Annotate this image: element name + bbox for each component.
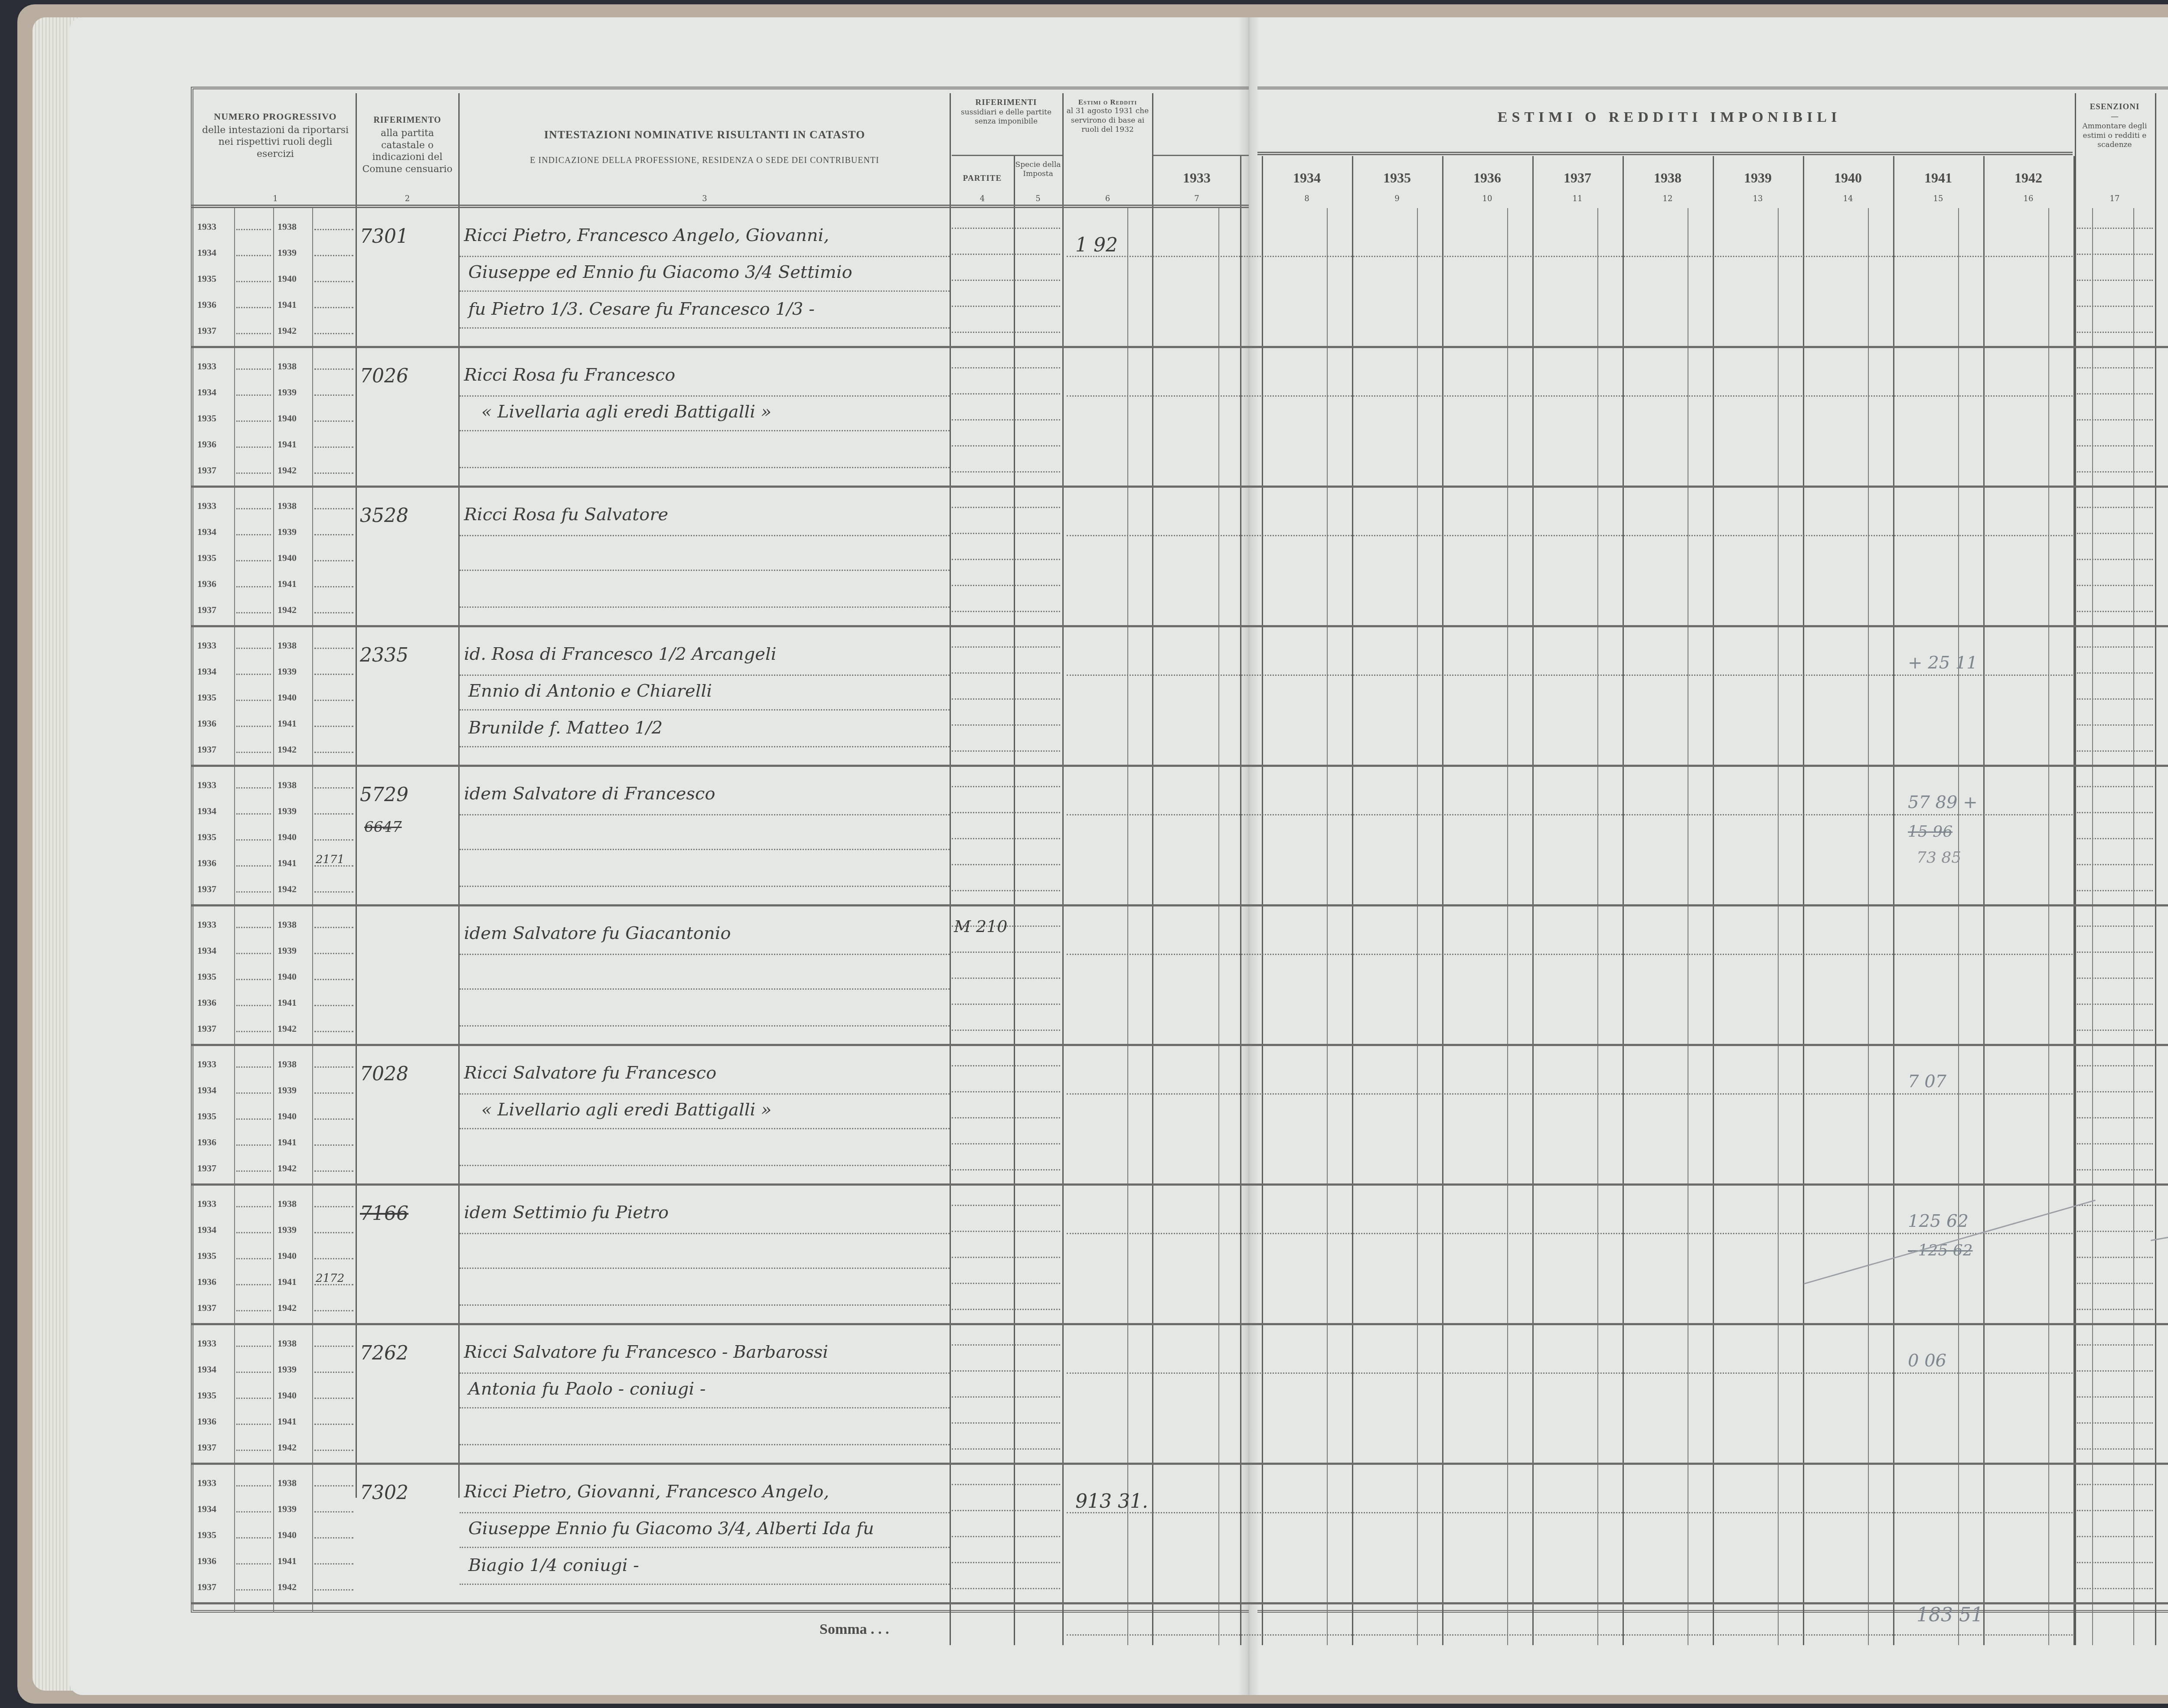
value-line — [952, 1257, 1060, 1258]
row-dotted-rule — [314, 1232, 353, 1233]
year-label: 1942 — [278, 1442, 297, 1453]
value-line — [952, 585, 1060, 586]
partite-sussidiarie: M 210 — [954, 917, 1008, 936]
header-col18-annotazioni: ANNOTAZIONI 18 — [2156, 93, 2168, 208]
year-label: 1937 — [197, 744, 216, 755]
year-label: 1936 — [197, 299, 216, 310]
col-divider — [1713, 156, 1714, 1645]
row-dotted-rule — [314, 368, 353, 370]
value-line — [2077, 367, 2153, 368]
value-line — [2077, 1004, 2153, 1005]
name-line — [460, 467, 950, 468]
value-line — [952, 952, 1060, 953]
intestazione-line: Ricci Salvatore fu Francesco - Barbaross… — [464, 1342, 828, 1362]
value-line — [1067, 954, 2073, 955]
year-label: 1937 — [197, 1581, 216, 1593]
row-dotted-rule — [314, 281, 353, 282]
value-line — [952, 1231, 1060, 1232]
col-subdivider — [273, 208, 274, 1613]
estimo-1941: + 25 11 — [1908, 653, 1978, 673]
name-line — [460, 606, 950, 608]
value-line — [2077, 1536, 2153, 1537]
year-label: 1938 — [278, 500, 297, 512]
subheader-divider — [1257, 152, 2073, 155]
value-line — [2077, 672, 2153, 674]
row-dotted-rule — [314, 255, 353, 256]
value-line — [2077, 1484, 2153, 1485]
intestazione-line: idem Salvatore di Francesco — [464, 784, 715, 804]
intestazione-line: Ricci Rosa fu Francesco — [464, 365, 675, 385]
col-subdivider — [1127, 208, 1128, 1645]
year-label: 1937 — [197, 1442, 216, 1453]
year-label: 1942 — [278, 883, 297, 895]
value-line — [2077, 1065, 2153, 1066]
partita-number-struck: 6647 — [364, 818, 402, 836]
row-dotted-rule — [236, 1005, 271, 1006]
value-line — [952, 507, 1060, 508]
row-separator — [191, 765, 2168, 767]
row-dotted-rule — [236, 586, 271, 587]
name-line — [460, 256, 950, 257]
value-line — [1067, 1372, 2073, 1374]
row-separator — [191, 1463, 2168, 1465]
value-line — [952, 332, 1060, 333]
year-label: 1941 — [278, 299, 297, 310]
year-label: 1939 — [278, 247, 297, 258]
row-dotted-rule — [236, 394, 271, 396]
value-line — [2077, 1344, 2153, 1346]
name-line — [460, 709, 950, 711]
col-subdivider — [1688, 208, 1688, 1645]
row-separator — [191, 1044, 2168, 1046]
intestazione-line: Antonia fu Paolo - coniugi - — [468, 1379, 706, 1399]
row-dotted-rule — [236, 255, 271, 256]
row-dotted-rule — [236, 700, 271, 701]
name-line — [460, 1268, 950, 1269]
intestazione-line: Giuseppe ed Ennio fu Giacomo 3/4 Settimi… — [468, 262, 852, 282]
name-line — [460, 954, 950, 955]
row-dotted-rule — [314, 1170, 353, 1172]
row-dotted-rule — [314, 700, 353, 701]
col-divider — [1623, 156, 1624, 1645]
partita-number: 7026 — [360, 365, 408, 387]
col-divider — [1262, 156, 1263, 1645]
row-dotted-rule — [236, 1031, 271, 1032]
value-line — [2077, 750, 2153, 752]
intestazione-line: Ricci Salvatore fu Francesco — [464, 1063, 716, 1083]
year-label: 1935 — [197, 413, 216, 424]
value-line — [2077, 445, 2153, 447]
row-dotted-rule — [314, 1398, 353, 1399]
name-line — [460, 1372, 950, 1374]
estimo-1941: 7 07 — [1908, 1072, 1946, 1092]
year-label: 1939 — [278, 666, 297, 677]
progressivo-note: 2172 — [316, 1272, 344, 1285]
col-divider — [356, 93, 357, 1498]
year-label: 1933 — [197, 1477, 216, 1489]
name-line — [460, 1128, 950, 1129]
header-col4-partite: PARTITE 4 — [951, 156, 1014, 208]
value-line — [2077, 471, 2153, 473]
year-label: 1938 — [278, 640, 297, 651]
row-dotted-rule — [236, 839, 271, 841]
row-dotted-rule — [314, 726, 353, 727]
col-divider — [1014, 156, 1015, 1645]
row-dotted-rule — [314, 1424, 353, 1425]
year-label: 1938 — [278, 221, 297, 232]
row-dotted-rule — [314, 1066, 353, 1068]
value-line — [952, 698, 1060, 700]
intestazione-line: Ricci Rosa fu Salvatore — [464, 505, 668, 525]
year-label: 1940 — [278, 1250, 297, 1261]
row-dotted-rule — [236, 1450, 271, 1451]
row-dotted-rule — [314, 1511, 353, 1512]
year-label: 1936 — [197, 578, 216, 590]
row-separator — [191, 904, 2168, 906]
value-line — [952, 1536, 1060, 1537]
value-line — [1067, 1093, 2073, 1095]
year-label: 1936 — [197, 1276, 216, 1288]
year-label: 1941 — [278, 1416, 297, 1427]
name-line — [460, 535, 950, 536]
row-dotted-rule — [236, 1310, 271, 1311]
value-line — [952, 1065, 1060, 1066]
value-line — [2077, 786, 2153, 787]
year-label: 1934 — [197, 945, 216, 956]
row-dotted-rule — [236, 534, 271, 535]
value-line — [2077, 1169, 2153, 1170]
estimo-1932: 1 92 — [1075, 234, 1118, 256]
value-line — [952, 1588, 1060, 1589]
header-col3: INTESTAZIONI NOMINATIVE RISULTANTI IN CA… — [460, 93, 950, 208]
year-label: 1940 — [278, 831, 297, 843]
intestazione-line: « Livellaria agli eredi Battigalli » — [481, 402, 771, 422]
subheader-divider — [1153, 155, 1249, 156]
value-line — [2077, 724, 2153, 726]
col-subdivider — [1327, 208, 1328, 1645]
value-line — [952, 559, 1060, 560]
row-dotted-rule — [236, 1589, 271, 1591]
header-col6-estimi-1932: Estimi o Redditi al 31 agosto 1931 che s… — [1063, 98, 1152, 208]
name-line — [460, 1304, 950, 1306]
value-line — [952, 1117, 1060, 1118]
name-line — [460, 1584, 950, 1585]
row-dotted-rule — [314, 1450, 353, 1451]
col-subdivider — [2048, 208, 2049, 1645]
year-label: 1941 — [278, 1137, 297, 1148]
partita-number: 3528 — [360, 505, 408, 527]
row-dotted-rule — [236, 1066, 271, 1068]
row-dotted-rule — [314, 229, 353, 230]
row-separator — [191, 625, 2168, 627]
header-year-1942: 1942 16 — [1983, 156, 2073, 208]
year-label: 1941 — [278, 439, 297, 450]
year-label: 1936 — [197, 439, 216, 450]
value-line — [952, 306, 1060, 307]
row-dotted-rule — [314, 1563, 353, 1565]
col-subdivider — [1218, 208, 1219, 1645]
row-dotted-rule — [236, 1563, 271, 1565]
value-line — [2077, 1510, 2153, 1511]
value-line — [952, 533, 1060, 534]
value-line — [2077, 1283, 2153, 1284]
header-estimi-group: ESTIMI O REDDITI IMPONIBILI — [1257, 108, 2081, 134]
row-dotted-rule — [236, 473, 271, 474]
year-label: 1942 — [278, 1023, 297, 1034]
col-divider — [1442, 156, 1443, 1645]
name-line — [460, 1512, 950, 1513]
year-label: 1936 — [197, 1555, 216, 1567]
name-line — [460, 1444, 950, 1445]
header-year-1936: 1936 10 — [1442, 156, 1532, 208]
value-line — [952, 1344, 1060, 1346]
value-line — [2077, 952, 2153, 953]
estimo-1941: 57 89 + — [1908, 792, 1978, 812]
intestazione-line: Biagio 1/4 coniugi - — [468, 1555, 639, 1575]
row-dotted-rule — [314, 674, 353, 675]
year-label: 1935 — [197, 552, 216, 564]
value-line — [952, 1205, 1060, 1206]
name-line — [460, 1407, 950, 1408]
year-label: 1941 — [278, 578, 297, 590]
row-dotted-rule — [236, 927, 271, 928]
row-dotted-rule — [314, 1258, 353, 1259]
intestazione-line: idem Settimio fu Pietro — [464, 1203, 669, 1222]
estimo-1941: 0 06 — [1908, 1351, 1946, 1371]
value-line — [952, 1422, 1060, 1424]
name-line — [460, 1165, 950, 1166]
year-label: 1933 — [197, 1338, 216, 1349]
row-dotted-rule — [314, 1144, 353, 1146]
value-line — [952, 1484, 1060, 1485]
somma-value-1941: 183 51 — [1917, 1604, 1983, 1626]
value-line — [2077, 978, 2153, 979]
header-year-1933: 1933 7 — [1153, 156, 1240, 208]
row-dotted-rule — [314, 447, 353, 448]
value-line — [952, 1030, 1060, 1031]
year-label: 1935 — [197, 692, 216, 703]
value-line — [2077, 1091, 2153, 1092]
value-line — [952, 1562, 1060, 1563]
row-dotted-rule — [314, 333, 353, 334]
intestazione-line: Ennio di Antonio e Chiarelli — [468, 681, 712, 701]
name-line — [460, 290, 950, 292]
row-dotted-rule — [236, 229, 271, 230]
value-line — [2077, 890, 2153, 891]
intestazione-line: « Livellario agli eredi Battigalli » — [481, 1100, 772, 1120]
row-dotted-rule — [236, 865, 271, 867]
row-separator — [191, 1323, 2168, 1325]
row-dotted-rule — [314, 839, 353, 841]
row-dotted-rule — [236, 368, 271, 370]
row-dotted-rule — [236, 726, 271, 727]
value-line — [1067, 1233, 2073, 1234]
year-label: 1934 — [197, 1085, 216, 1096]
row-dotted-rule — [236, 674, 271, 675]
year-label: 1934 — [197, 666, 216, 677]
value-line — [952, 1283, 1060, 1284]
year-label: 1937 — [197, 465, 216, 476]
row-dotted-rule — [236, 648, 271, 649]
year-label: 1934 — [197, 1503, 216, 1515]
row-dotted-rule — [236, 1144, 271, 1146]
value-line — [2077, 1588, 2153, 1589]
value-line — [952, 724, 1060, 726]
year-label: 1940 — [278, 1111, 297, 1122]
row-separator — [191, 1183, 2168, 1186]
name-line — [460, 1025, 950, 1027]
row-dotted-rule — [236, 1398, 271, 1399]
year-label: 1939 — [278, 1224, 297, 1235]
year-label: 1937 — [197, 883, 216, 895]
row-dotted-rule — [236, 979, 271, 980]
year-label: 1935 — [197, 971, 216, 982]
intestazione-line: Ricci Pietro, Giovanni, Francesco Angelo… — [464, 1482, 829, 1502]
year-label: 1933 — [197, 500, 216, 512]
row-dotted-rule — [314, 534, 353, 535]
row-dotted-rule — [236, 333, 271, 334]
col-subdivider — [312, 208, 313, 1613]
row-dotted-rule — [236, 307, 271, 308]
row-dotted-rule — [236, 1372, 271, 1373]
estimo-1941: 125 62 — [1908, 1211, 1969, 1231]
value-line — [952, 393, 1060, 394]
row-separator — [191, 1602, 2168, 1604]
col-divider — [950, 93, 951, 1645]
value-line — [952, 1370, 1060, 1372]
header-year-1940: 1940 14 — [1803, 156, 1893, 208]
value-line — [952, 978, 1060, 979]
name-line — [460, 746, 950, 747]
header-year-1941: 1941 15 — [1893, 156, 1983, 208]
row-dotted-rule — [236, 1284, 271, 1285]
value-line — [952, 1169, 1060, 1170]
year-label: 1934 — [197, 1364, 216, 1375]
year-label: 1935 — [197, 831, 216, 843]
value-line — [1067, 1512, 2073, 1513]
year-label: 1939 — [278, 526, 297, 538]
row-dotted-rule — [314, 1005, 353, 1006]
year-label: 1934 — [197, 805, 216, 817]
col-divider — [1532, 156, 1534, 1645]
row-separator — [191, 346, 2168, 348]
year-label: 1933 — [197, 779, 216, 791]
col-subdivider — [1417, 208, 1418, 1645]
value-line — [952, 864, 1060, 865]
col-divider — [1983, 156, 1985, 1645]
year-label: 1942 — [278, 1302, 297, 1314]
header-col2: RIFERIMENTO alla partita catastale o ind… — [356, 93, 458, 208]
row-dotted-rule — [236, 813, 271, 815]
col-divider — [1062, 93, 1064, 1645]
estimo-1932: 913 31. — [1075, 1490, 1148, 1512]
row-dotted-rule — [236, 1511, 271, 1512]
year-label: 1933 — [197, 361, 216, 372]
year-label: 1935 — [197, 1111, 216, 1122]
row-dotted-rule — [314, 752, 353, 753]
value-line — [952, 280, 1060, 281]
value-line — [952, 890, 1060, 891]
year-label: 1934 — [197, 1224, 216, 1235]
row-dotted-rule — [314, 586, 353, 587]
year-label: 1942 — [278, 604, 297, 616]
value-line — [2077, 393, 2153, 394]
row-dotted-rule — [236, 1118, 271, 1120]
name-line — [460, 327, 950, 329]
header-year-1935: 1935 9 — [1352, 156, 1442, 208]
value-line — [1067, 675, 2073, 676]
row-dotted-rule — [236, 508, 271, 509]
row-dotted-rule — [314, 1372, 353, 1373]
value-line — [952, 786, 1060, 787]
row-dotted-rule — [314, 307, 353, 308]
value-line — [2077, 585, 2153, 586]
col-subdivider — [1958, 208, 1959, 1645]
row-dotted-rule — [236, 752, 271, 753]
somma-rule — [1067, 1634, 2073, 1636]
year-label: 1938 — [278, 361, 297, 372]
year-label: 1942 — [278, 1163, 297, 1174]
year-label: 1937 — [197, 325, 216, 336]
name-line — [460, 675, 950, 676]
year-label: 1938 — [278, 1338, 297, 1349]
year-label: 1935 — [197, 1529, 216, 1541]
year-label: 1941 — [278, 1276, 297, 1288]
year-label: 1934 — [197, 387, 216, 398]
year-label: 1940 — [278, 1390, 297, 1401]
col-subdivider — [1868, 208, 1869, 1645]
row-dotted-rule — [236, 1258, 271, 1259]
value-line — [2077, 1231, 2153, 1232]
name-line — [460, 1547, 950, 1548]
col-subdivider — [1507, 208, 1508, 1645]
value-line — [2077, 254, 2153, 255]
row-dotted-rule — [236, 1206, 271, 1207]
row-dotted-rule — [314, 1537, 353, 1539]
year-label: 1937 — [197, 1163, 216, 1174]
year-label: 1939 — [278, 945, 297, 956]
value-line — [2077, 1030, 2153, 1031]
row-dotted-rule — [314, 1092, 353, 1094]
partita-number: 5729 — [360, 784, 408, 806]
value-line — [952, 1091, 1060, 1092]
value-line — [952, 1143, 1060, 1144]
year-label: 1934 — [197, 526, 216, 538]
intestazione-line: fu Pietro 1/3. Cesare fu Francesco 1/3 - — [468, 299, 815, 319]
value-line — [952, 1448, 1060, 1450]
value-line — [2077, 1448, 2153, 1450]
value-line — [2077, 838, 2153, 839]
header-year-1939: 1939 13 — [1713, 156, 1803, 208]
value-line — [2077, 646, 2153, 648]
year-label: 1939 — [278, 1364, 297, 1375]
value-line — [2077, 332, 2153, 333]
row-dotted-rule — [314, 420, 353, 422]
value-line — [952, 228, 1060, 229]
year-label: 1941 — [278, 1555, 297, 1567]
row-dotted-rule — [236, 953, 271, 954]
row-dotted-rule — [236, 787, 271, 789]
value-line — [952, 471, 1060, 473]
year-label: 1941 — [278, 718, 297, 729]
value-line — [2077, 1117, 2153, 1118]
name-line — [460, 430, 950, 431]
year-label: 1933 — [197, 1059, 216, 1070]
value-line — [952, 1396, 1060, 1398]
year-label: 1940 — [278, 413, 297, 424]
year-label: 1938 — [278, 919, 297, 930]
col-divider — [1240, 156, 1241, 1645]
